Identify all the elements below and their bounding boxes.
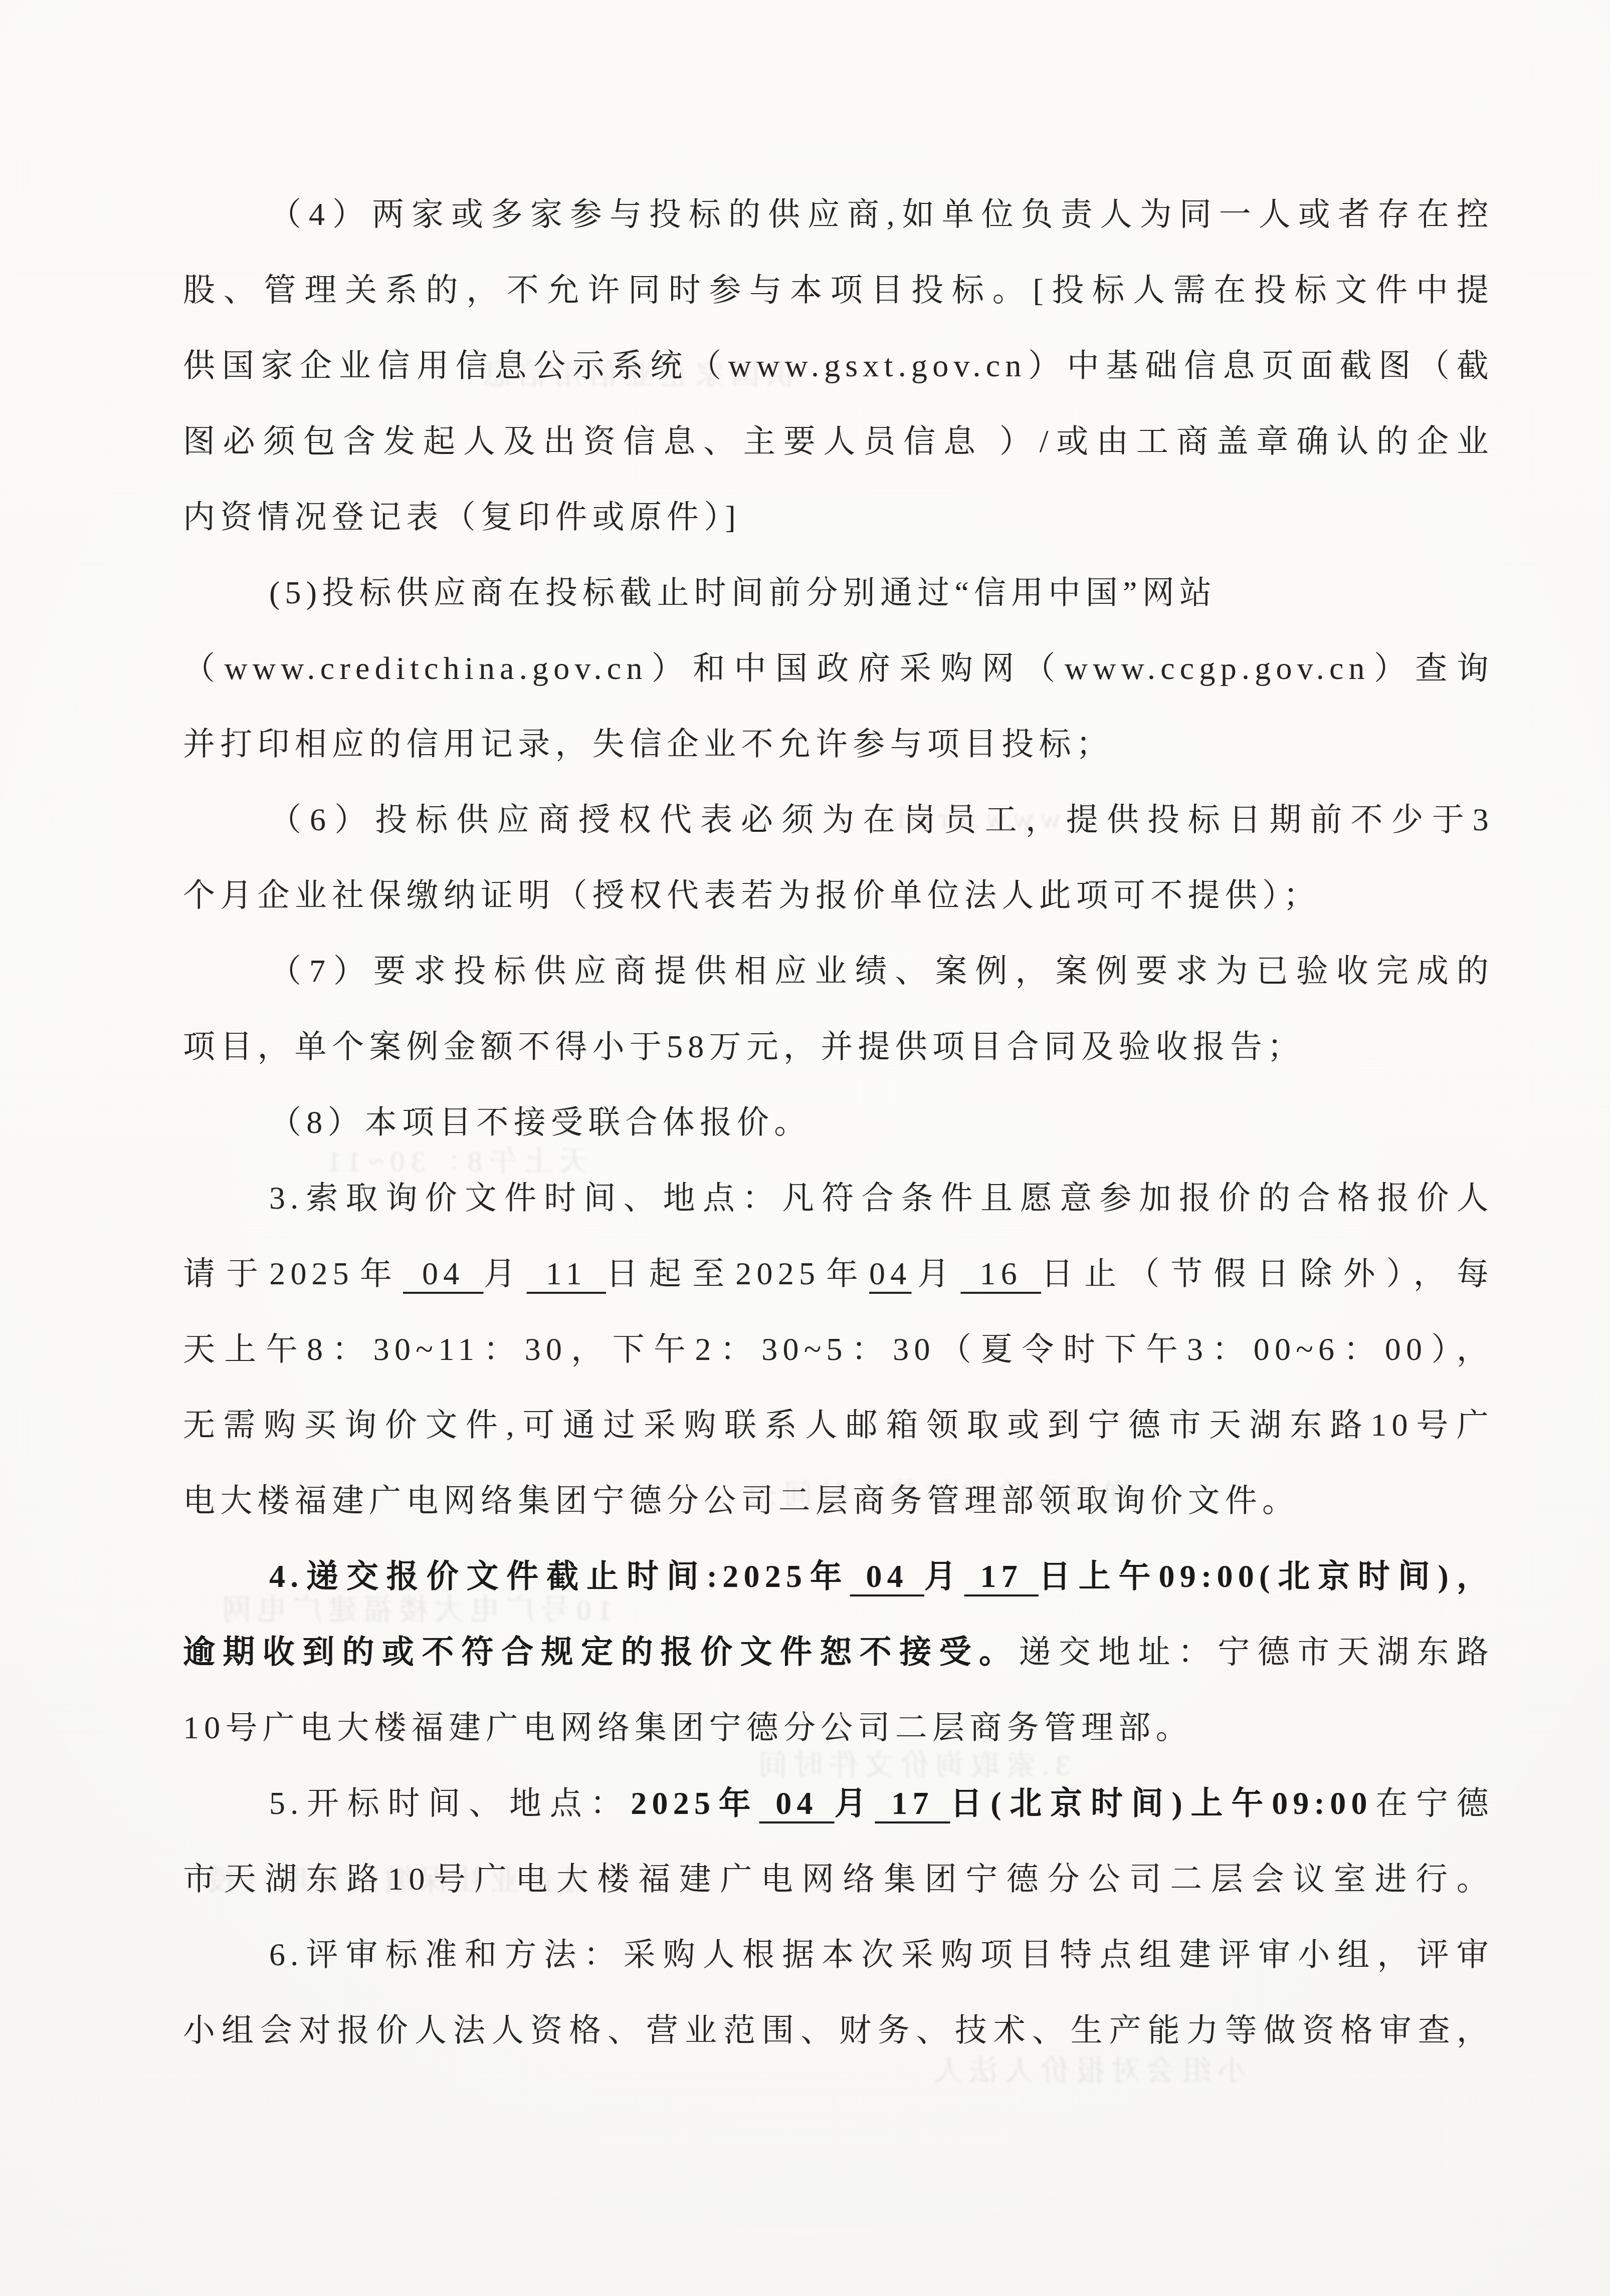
text-segment: 在宁德 xyxy=(1372,1785,1494,1821)
text-segment: 17 xyxy=(964,1558,1039,1594)
text-line: 个月企业社保缴纳证明（授权代表若为报价单位法人此项可不提供）； xyxy=(183,857,1494,933)
text-segment: 并打印相应的信用记录，失信企业不允许参与项目投标； xyxy=(183,726,1113,762)
text-line: 股、管理关系的，不允许同时参与本项目投标。[投标人需在投标文件中提 xyxy=(183,252,1494,328)
text-segment: 16 xyxy=(960,1256,1041,1291)
text-line: 图必须包含发起人及出资信息、主要人员信息 ）/或由工商盖章确认的企业 xyxy=(183,403,1494,479)
text-segment: (5)投标供应商在投标截止时间前分别通过“信用中国”网站 xyxy=(269,575,1217,610)
text-segment: （6）投标供应商授权代表必须为在岗员工，提供投标日期前不少于3 xyxy=(269,802,1494,837)
text-line: 供国家企业信用信息公示系统（www.gsxt.gov.cn）中基础信息页面截图（… xyxy=(183,328,1494,403)
text-segment: （8）本项目不接受联合体报价。 xyxy=(269,1104,812,1140)
text-segment: 小组会对报价人法人资格、营业范围、财务、技术、生产能力等做资格审查， xyxy=(183,2012,1494,2048)
text-segment: （7）要求投标供应商提供相应业绩、案例，案例要求为已验收完成的 xyxy=(269,953,1494,989)
text-segment: 供国家企业信用信息公示系统（www.gsxt.gov.cn）中基础信息页面截图（… xyxy=(183,348,1494,383)
text-segment: 04 xyxy=(403,1256,484,1291)
text-segment: 日起至2025年 xyxy=(606,1256,869,1291)
text-segment: 10号广电大楼福建广电网络集团宁德分公司二层商务管理部。 xyxy=(183,1710,1193,1745)
text-line: 5.开标时间、地点：2025年 04 月 17 日(北京时间)上午09:00在宁… xyxy=(183,1765,1494,1841)
scanned-document-page: 供国家企业信用信息（www.credi天上午8：30~114.递交报价文件截止时… xyxy=(0,0,1610,2296)
text-line: 小组会对报价人法人资格、营业范围、财务、技术、生产能力等做资格审查， xyxy=(183,1992,1494,2068)
text-line: （4）两家或多家参与投标的供应商,如单位负责人为同一人或者存在控 xyxy=(183,176,1494,252)
text-segment: 2025年 xyxy=(631,1785,759,1821)
text-line: 逾期收到的或不符合规定的报价文件恕不接受。递交地址：宁德市天湖东路 xyxy=(183,1614,1494,1690)
text-segment: 日(北京时间)上午09:00 xyxy=(950,1785,1372,1821)
text-line: 电大楼福建广电网络集团宁德分公司二层商务管理部领取询价文件。 xyxy=(183,1463,1494,1538)
text-segment: 项目，单个案例金额不得小于58万元，并提供项目合同及验收报告； xyxy=(183,1029,1304,1064)
text-line: (5)投标供应商在投标截止时间前分别通过“信用中国”网站 xyxy=(183,555,1494,630)
text-line: 6.评审标准和方法：采购人根据本次采购项目特点组建评审小组，评审 xyxy=(183,1917,1494,1992)
text-segment: 内资情况登记表（复印件或原件）] xyxy=(183,499,741,535)
text-segment: 递交地址：宁德市天湖东路 xyxy=(1019,1634,1494,1670)
text-line: 市天湖东路10号广电大楼福建广电网络集团宁德分公司二层会议室进行。 xyxy=(183,1841,1494,1917)
text-line: 请于2025年 04 月 11 日起至2025年04月 16 日止（节假日除外）… xyxy=(183,1236,1494,1311)
text-segment: 6.评审标准和方法：采购人根据本次采购项目特点组建评审小组，评审 xyxy=(269,1937,1494,1972)
text-segment: 天上午8：30~11：30，下午2：30~5：30（夏令时下午3：00~6：00… xyxy=(183,1331,1494,1367)
text-line: （7）要求投标供应商提供相应业绩、案例，案例要求为已验收完成的 xyxy=(183,933,1494,1009)
text-segment: 11 xyxy=(527,1256,606,1291)
text-line: 无需购买询价文件,可通过采购联系人邮箱领取或到宁德市天湖东路10号广 xyxy=(183,1387,1494,1463)
text-segment: 股、管理关系的，不允许同时参与本项目投标。[投标人需在投标文件中提 xyxy=(183,272,1494,308)
text-segment: 04 xyxy=(759,1785,835,1821)
text-line: 天上午8：30~11：30，下午2：30~5：30（夏令时下午3：00~6：00… xyxy=(183,1311,1494,1387)
text-segment: 04 xyxy=(869,1256,911,1291)
text-segment: 电大楼福建广电网络集团宁德分公司二层商务管理部领取询价文件。 xyxy=(183,1483,1299,1518)
text-segment: 日止（节假日除外），每 xyxy=(1041,1256,1494,1291)
text-segment: 请于2025年 xyxy=(183,1256,403,1291)
text-segment: 5.开标时间、地点： xyxy=(269,1785,631,1821)
text-segment: 个月企业社保缴纳证明（授权代表若为报价单位法人此项可不提供）； xyxy=(183,877,1320,913)
text-segment: 04 xyxy=(850,1558,924,1594)
text-line: 并打印相应的信用记录，失信企业不允许参与项目投标； xyxy=(183,706,1494,782)
text-segment: 月 xyxy=(484,1256,527,1291)
text-segment: 3.索取询价文件时间、地点：凡符合条件且愿意参加报价的合格报价人 xyxy=(269,1180,1494,1216)
text-line: 4.递交报价文件截止时间:2025年 04 月 17 日上午09:00(北京时间… xyxy=(183,1538,1494,1614)
text-segment: 日上午09:00(北京时间)， xyxy=(1039,1558,1494,1594)
text-segment: 月 xyxy=(912,1256,961,1291)
text-line: 3.索取询价文件时间、地点：凡符合条件且愿意参加报价的合格报价人 xyxy=(183,1160,1494,1236)
text-segment: （www.creditchina.gov.cn）和中国政府采购网（www.ccg… xyxy=(183,650,1494,686)
text-line: 项目，单个案例金额不得小于58万元，并提供项目合同及验收报告； xyxy=(183,1009,1494,1084)
text-segment: 月 xyxy=(835,1785,875,1821)
text-segment: 逾期收到的或不符合规定的报价文件恕不接受。 xyxy=(183,1634,1019,1670)
text-line: 10号广电大楼福建广电网络集团宁德分公司二层商务管理部。 xyxy=(183,1690,1494,1765)
text-segment: 17 xyxy=(875,1785,950,1821)
document-text: （4）两家或多家参与投标的供应商,如单位负责人为同一人或者存在控股、管理关系的，… xyxy=(183,176,1494,2068)
text-line: 内资情况登记表（复印件或原件）] xyxy=(183,479,1494,555)
text-segment: 无需购买询价文件,可通过采购联系人邮箱领取或到宁德市天湖东路10号广 xyxy=(183,1407,1494,1443)
text-segment: 4.递交报价文件截止时间:2025年 xyxy=(269,1558,850,1594)
text-line: （6）投标供应商授权代表必须为在岗员工，提供投标日期前不少于3 xyxy=(183,782,1494,857)
text-line: （8）本项目不接受联合体报价。 xyxy=(183,1084,1494,1160)
text-segment: 月 xyxy=(924,1558,964,1594)
text-segment: 图必须包含发起人及出资信息、主要人员信息 ）/或由工商盖章确认的企业 xyxy=(183,423,1494,459)
text-segment: （4）两家或多家参与投标的供应商,如单位负责人为同一人或者存在控 xyxy=(269,196,1494,232)
text-line: （www.creditchina.gov.cn）和中国政府采购网（www.ccg… xyxy=(183,630,1494,706)
text-segment: 市天湖东路10号广电大楼福建广电网络集团宁德分公司二层会议室进行。 xyxy=(183,1861,1494,1897)
